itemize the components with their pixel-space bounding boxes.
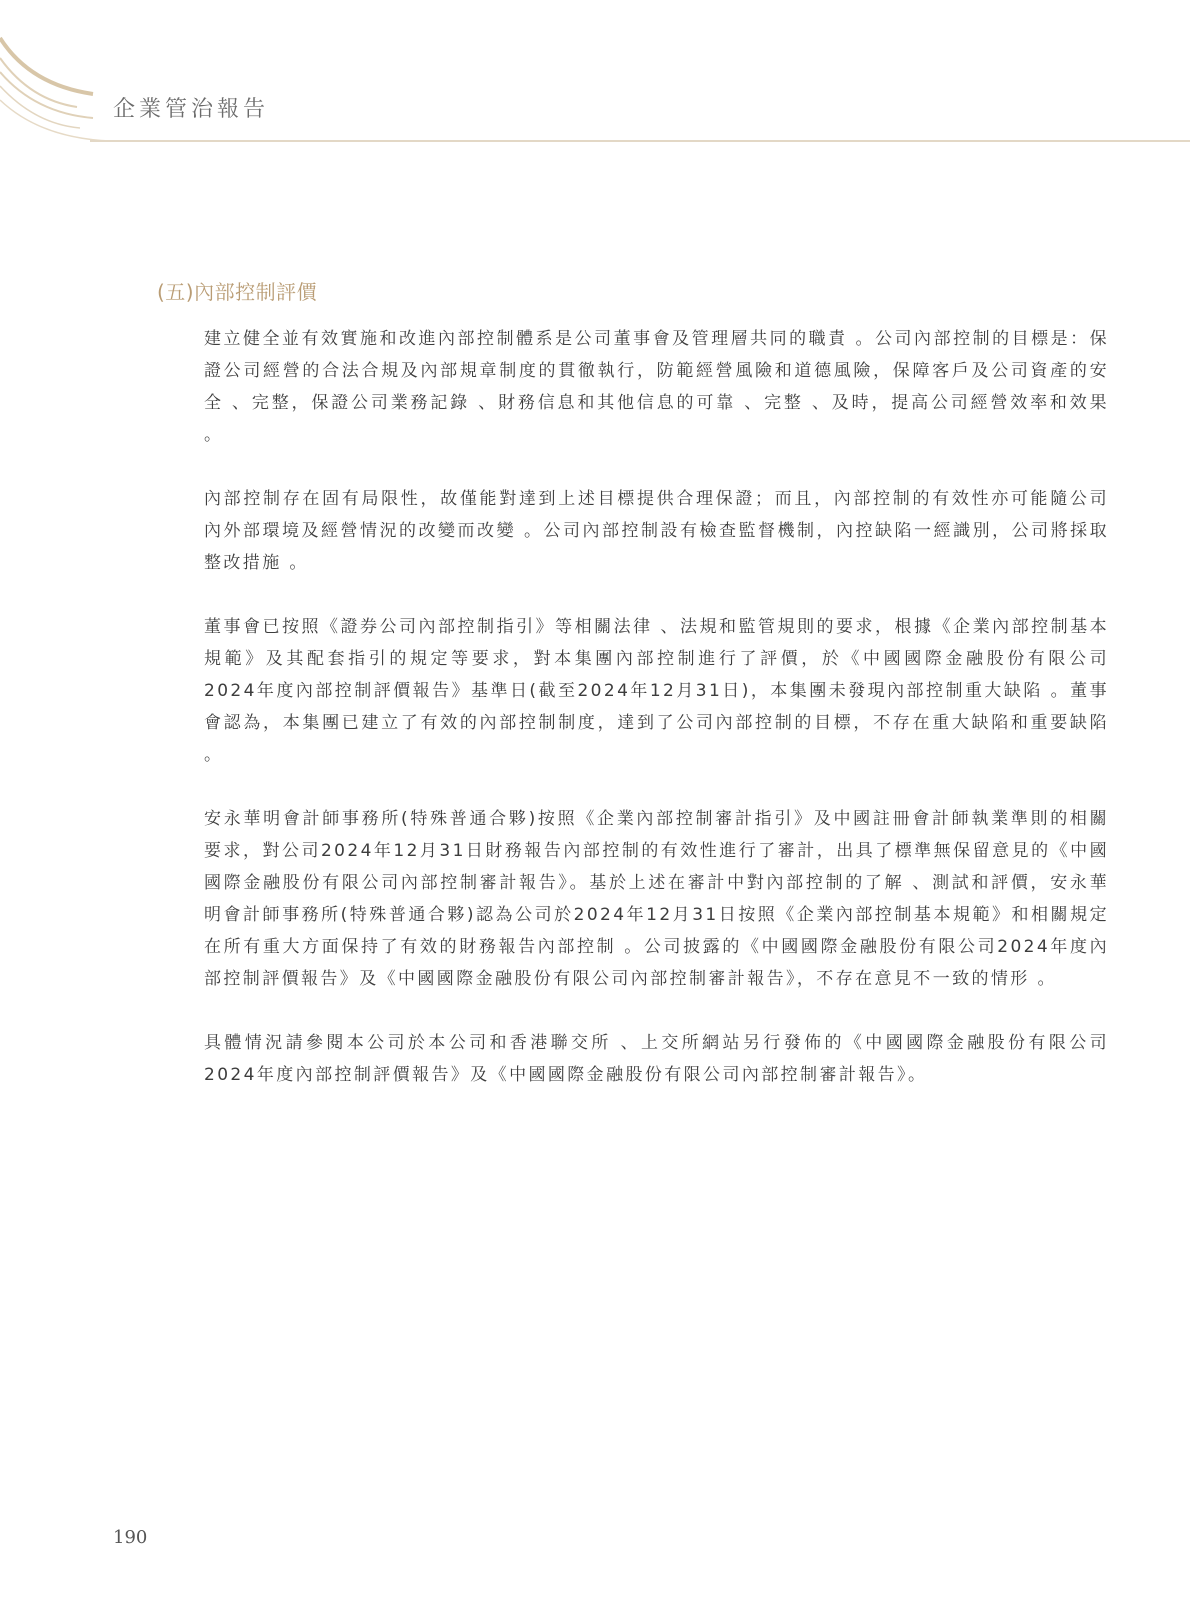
paragraph-board-evaluation: 董事會已按照《證券公司內部控制指引》等相關法律 、法規和監管規則的要求，根據《企…: [204, 611, 1109, 771]
paragraph-control-objectives: 建立健全並有效實施和改進內部控制體系是公司董事會及管理層共同的職責 。公司內部控…: [204, 323, 1109, 451]
paragraph-auditor-opinion: 安永華明會計師事務所(特殊普通合夥)按照《企業內部控制審計指引》及中國註冊會計師…: [204, 803, 1109, 995]
page-header: 企業管治報告: [0, 0, 1190, 150]
paragraph-inherent-limitations: 內部控制存在固有局限性，故僅能對達到上述目標提供合理保證；而且，內部控制的有效性…: [204, 483, 1109, 579]
header-title: 企業管治報告: [113, 96, 269, 124]
page-number: 190: [113, 1526, 147, 1550]
header-divider: [90, 140, 1190, 142]
decorative-arcs-icon: [0, 0, 1190, 150]
section-title: (五)內部控制評價: [157, 278, 317, 306]
section-body: 建立健全並有效實施和改進內部控制體系是公司董事會及管理層共同的職責 。公司內部控…: [204, 323, 1109, 1123]
paragraph-reference-reports: 具體情況請參閱本公司於本公司和香港聯交所 、上交所網站另行發佈的《中國國際金融股…: [204, 1027, 1109, 1091]
